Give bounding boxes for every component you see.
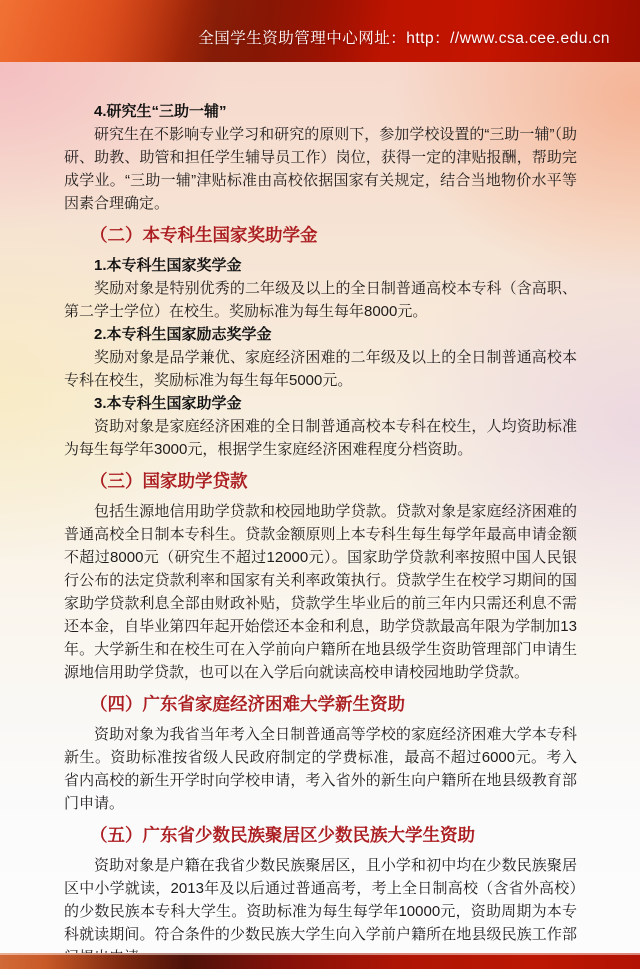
section-subheading: 3.本专科生国家助学金 — [64, 392, 577, 415]
section-paragraph: 资助对象是家庭经济困难的全日制普通高校本专科在校生，人均资助标准为每生每学年30… — [64, 415, 577, 461]
section-heading: （二）本专科生国家奖助学金 — [64, 222, 577, 249]
content-sections: 4.研究生“三助一辅”研究生在不影响专业学习和研究的原则下，参加学校设置的“三助… — [64, 100, 577, 969]
section-paragraph: 资助对象为我省当年考入全日制普通高等学校的家庭经济困难大学本专科新生。资助标准按… — [64, 723, 577, 815]
section-heading: （四）广东省家庭经济困难大学新生资助 — [64, 691, 577, 718]
header-site-url: 全国学生资助管理中心网址：http：//www.csa.cee.edu.cn — [198, 26, 610, 48]
section-heading: （三）国家助学贷款 — [64, 468, 577, 495]
section-paragraph: 奖励对象是品学兼优、家庭经济困难的二年级及以上的全日制普通高校本专科在校生，奖励… — [64, 346, 577, 392]
section-subheading: 4.研究生“三助一辅” — [64, 100, 577, 123]
section-paragraph: 研究生在不影响专业学习和研究的原则下，参加学校设置的“三助一辅”（助研、助教、助… — [64, 123, 577, 215]
poster-page: 全国学生资助管理中心网址：http：//www.csa.cee.edu.cn 4… — [0, 0, 640, 969]
section-subheading: 1.本专科生国家奖学金 — [64, 254, 577, 277]
section-paragraph: 资助对象是户籍在我省少数民族聚居区，且小学和初中均在少数民族聚居区中小学就读，2… — [64, 854, 577, 969]
section-heading: （五）广东省少数民族聚居区少数民族大学生资助 — [64, 822, 577, 849]
footer-bar — [0, 953, 640, 969]
content-area: 4.研究生“三助一辅”研究生在不影响专业学习和研究的原则下，参加学校设置的“三助… — [0, 62, 640, 969]
header-banner: 全国学生资助管理中心网址：http：//www.csa.cee.edu.cn — [0, 0, 640, 62]
section-paragraph: 包括生源地信用助学贷款和校园地助学贷款。贷款对象是家庭经济困难的普通高校全日制本… — [64, 500, 577, 684]
section-paragraph: 奖励对象是特别优秀的二年级及以上的全日制普通高校本专科（含高职、第二学士学位）在… — [64, 277, 577, 323]
section-subheading: 2.本专科生国家励志奖学金 — [64, 323, 577, 346]
